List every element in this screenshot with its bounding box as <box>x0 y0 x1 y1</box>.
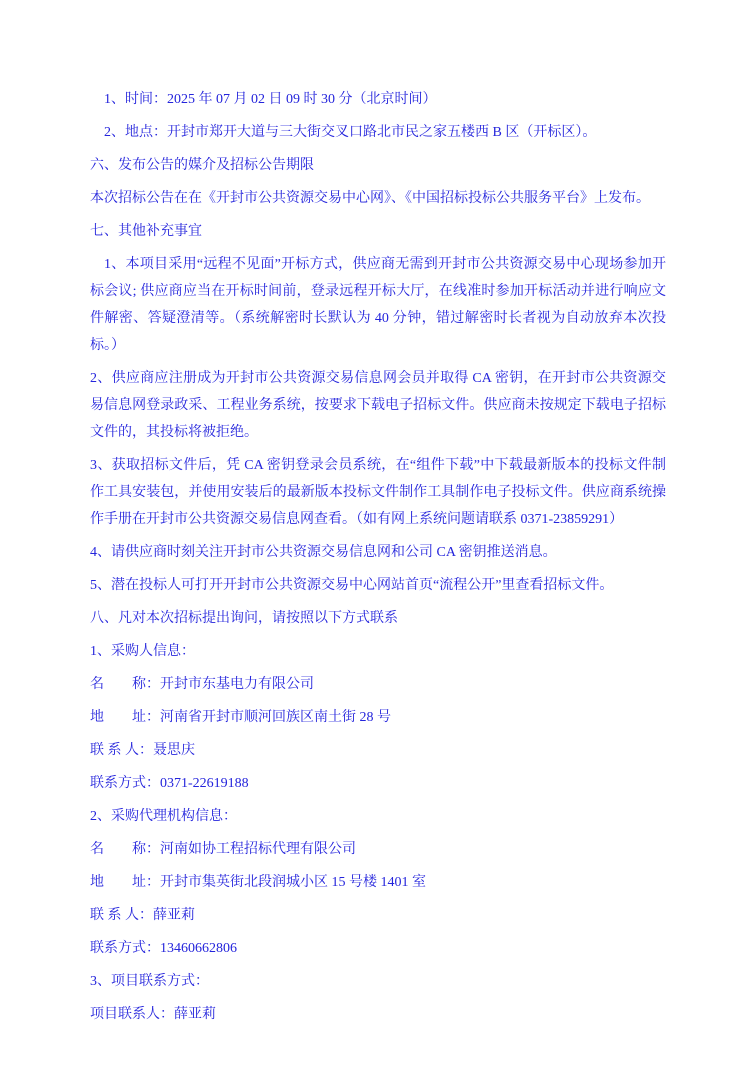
document-paragraph: 本次招标公告在在《开封市公共资源交易中心网》、《中国招标投标公共服务平台》上发布… <box>90 185 666 212</box>
document-paragraph: 4、请供应商时刻关注开封市公共资源交易信息网和公司 CA 密钥推送消息。 <box>90 539 666 566</box>
document-paragraph: 名 称：河南如协工程招标代理有限公司 <box>90 836 666 863</box>
document-paragraph: 项目联系人：薛亚莉 <box>90 1001 666 1028</box>
document-paragraph: 七、其他补充事宜 <box>90 218 666 245</box>
document-paragraph: 地 址：开封市集英街北段润城小区 15 号楼 1401 室 <box>90 869 666 896</box>
document-paragraph: 1、本项目采用“远程不见面”开标方式，供应商无需到开封市公共资源交易中心现场参加… <box>90 251 666 359</box>
document-paragraph: 3、项目联系方式： <box>90 968 666 995</box>
document-paragraph: 2、地点：开封市郑开大道与三大街交叉口路北市民之家五楼西 B 区（开标区）。 <box>90 119 666 146</box>
document-paragraph: 联 系 人：薛亚莉 <box>90 902 666 929</box>
document-paragraph: 2、采购代理机构信息： <box>90 803 666 830</box>
document-paragraph: 3、获取招标文件后，凭 CA 密钥登录会员系统，在“组件下载”中下载最新版本的投… <box>90 452 666 533</box>
document-paragraph: 联 系 人：聂思庆 <box>90 737 666 764</box>
document-paragraph: 联系方式：0371-22619188 <box>90 770 666 797</box>
document-paragraph: 名 称：开封市东基电力有限公司 <box>90 671 666 698</box>
document-page: 1、时间：2025 年 07 月 02 日 09 时 30 分（北京时间）2、地… <box>0 0 754 1071</box>
document-paragraph: 地 址：河南省开封市顺河回族区南土街 28 号 <box>90 704 666 731</box>
document-paragraph: 联系方式：13460662806 <box>90 935 666 962</box>
document-paragraph: 1、采购人信息： <box>90 638 666 665</box>
document-paragraph: 1、时间：2025 年 07 月 02 日 09 时 30 分（北京时间） <box>90 86 666 113</box>
document-paragraph: 八、凡对本次招标提出询问，请按照以下方式联系 <box>90 605 666 632</box>
document-paragraph: 六、发布公告的媒介及招标公告期限 <box>90 152 666 179</box>
document-paragraph: 5、潜在投标人可打开开封市公共资源交易中心网站首页“流程公开”里查看招标文件。 <box>90 572 666 599</box>
document-paragraph: 2、供应商应注册成为开封市公共资源交易信息网会员并取得 CA 密钥，在开封市公共… <box>90 365 666 446</box>
